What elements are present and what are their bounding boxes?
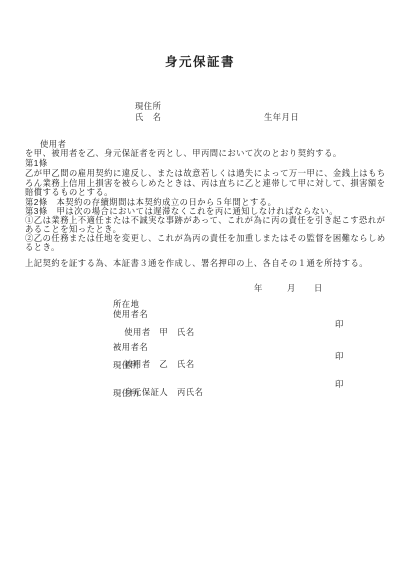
address-label: 現住所 <box>135 102 161 110</box>
document-page: 身元保証書 現住所 氏 名 生年月日 使用者 を甲、被用者を乙、身元保証者を丙と… <box>0 0 400 566</box>
employee-seal-mark: 印 <box>335 352 344 360</box>
date-year-label: 年 <box>254 284 263 292</box>
birthdate-label: 生年月日 <box>264 113 299 121</box>
employer-name-label: 使用者名 <box>113 310 373 318</box>
contract-line: 賠償するものとする。 <box>25 188 113 196</box>
employer-location-label: 所在地 <box>113 300 373 308</box>
document-title: 身元保証書 <box>0 56 400 69</box>
contract-line: を甲、被用者を乙、身元保証者を丙とし、甲丙間において次のとおり契約する。 <box>25 149 342 157</box>
employer-seal-mark: 印 <box>335 320 344 328</box>
employee-address-label: 現住所 <box>113 361 373 369</box>
date-day-label: 日 <box>314 284 323 292</box>
contract-line: 乙が甲乙間の雇用契約に違反し、または故意若しくは過失によって万一甲に、金銭上はも… <box>25 169 386 177</box>
contract-article-1: 第1條 <box>25 159 48 167</box>
employee-name-label: 被用者名 <box>113 343 373 351</box>
contract-item-2: ②乙の任務または任地を変更し、これが為丙の責任を加重しまたはその監督を困難ならし… <box>25 234 386 242</box>
closing-line: 上記契約を証する為、本証書３通を作成し、署名押印の上、各自その１通を所持する。 <box>25 259 368 267</box>
contract-line: るとき。 <box>25 243 60 251</box>
guarantor-seal-mark: 印 <box>335 380 344 388</box>
guarantor-address-label: 現住所 <box>113 389 373 397</box>
name-label: 氏 名 <box>135 113 161 121</box>
date-month-label: 月 <box>287 284 296 292</box>
employer-signature-label: 使用者 甲 氏名 <box>124 327 194 337</box>
